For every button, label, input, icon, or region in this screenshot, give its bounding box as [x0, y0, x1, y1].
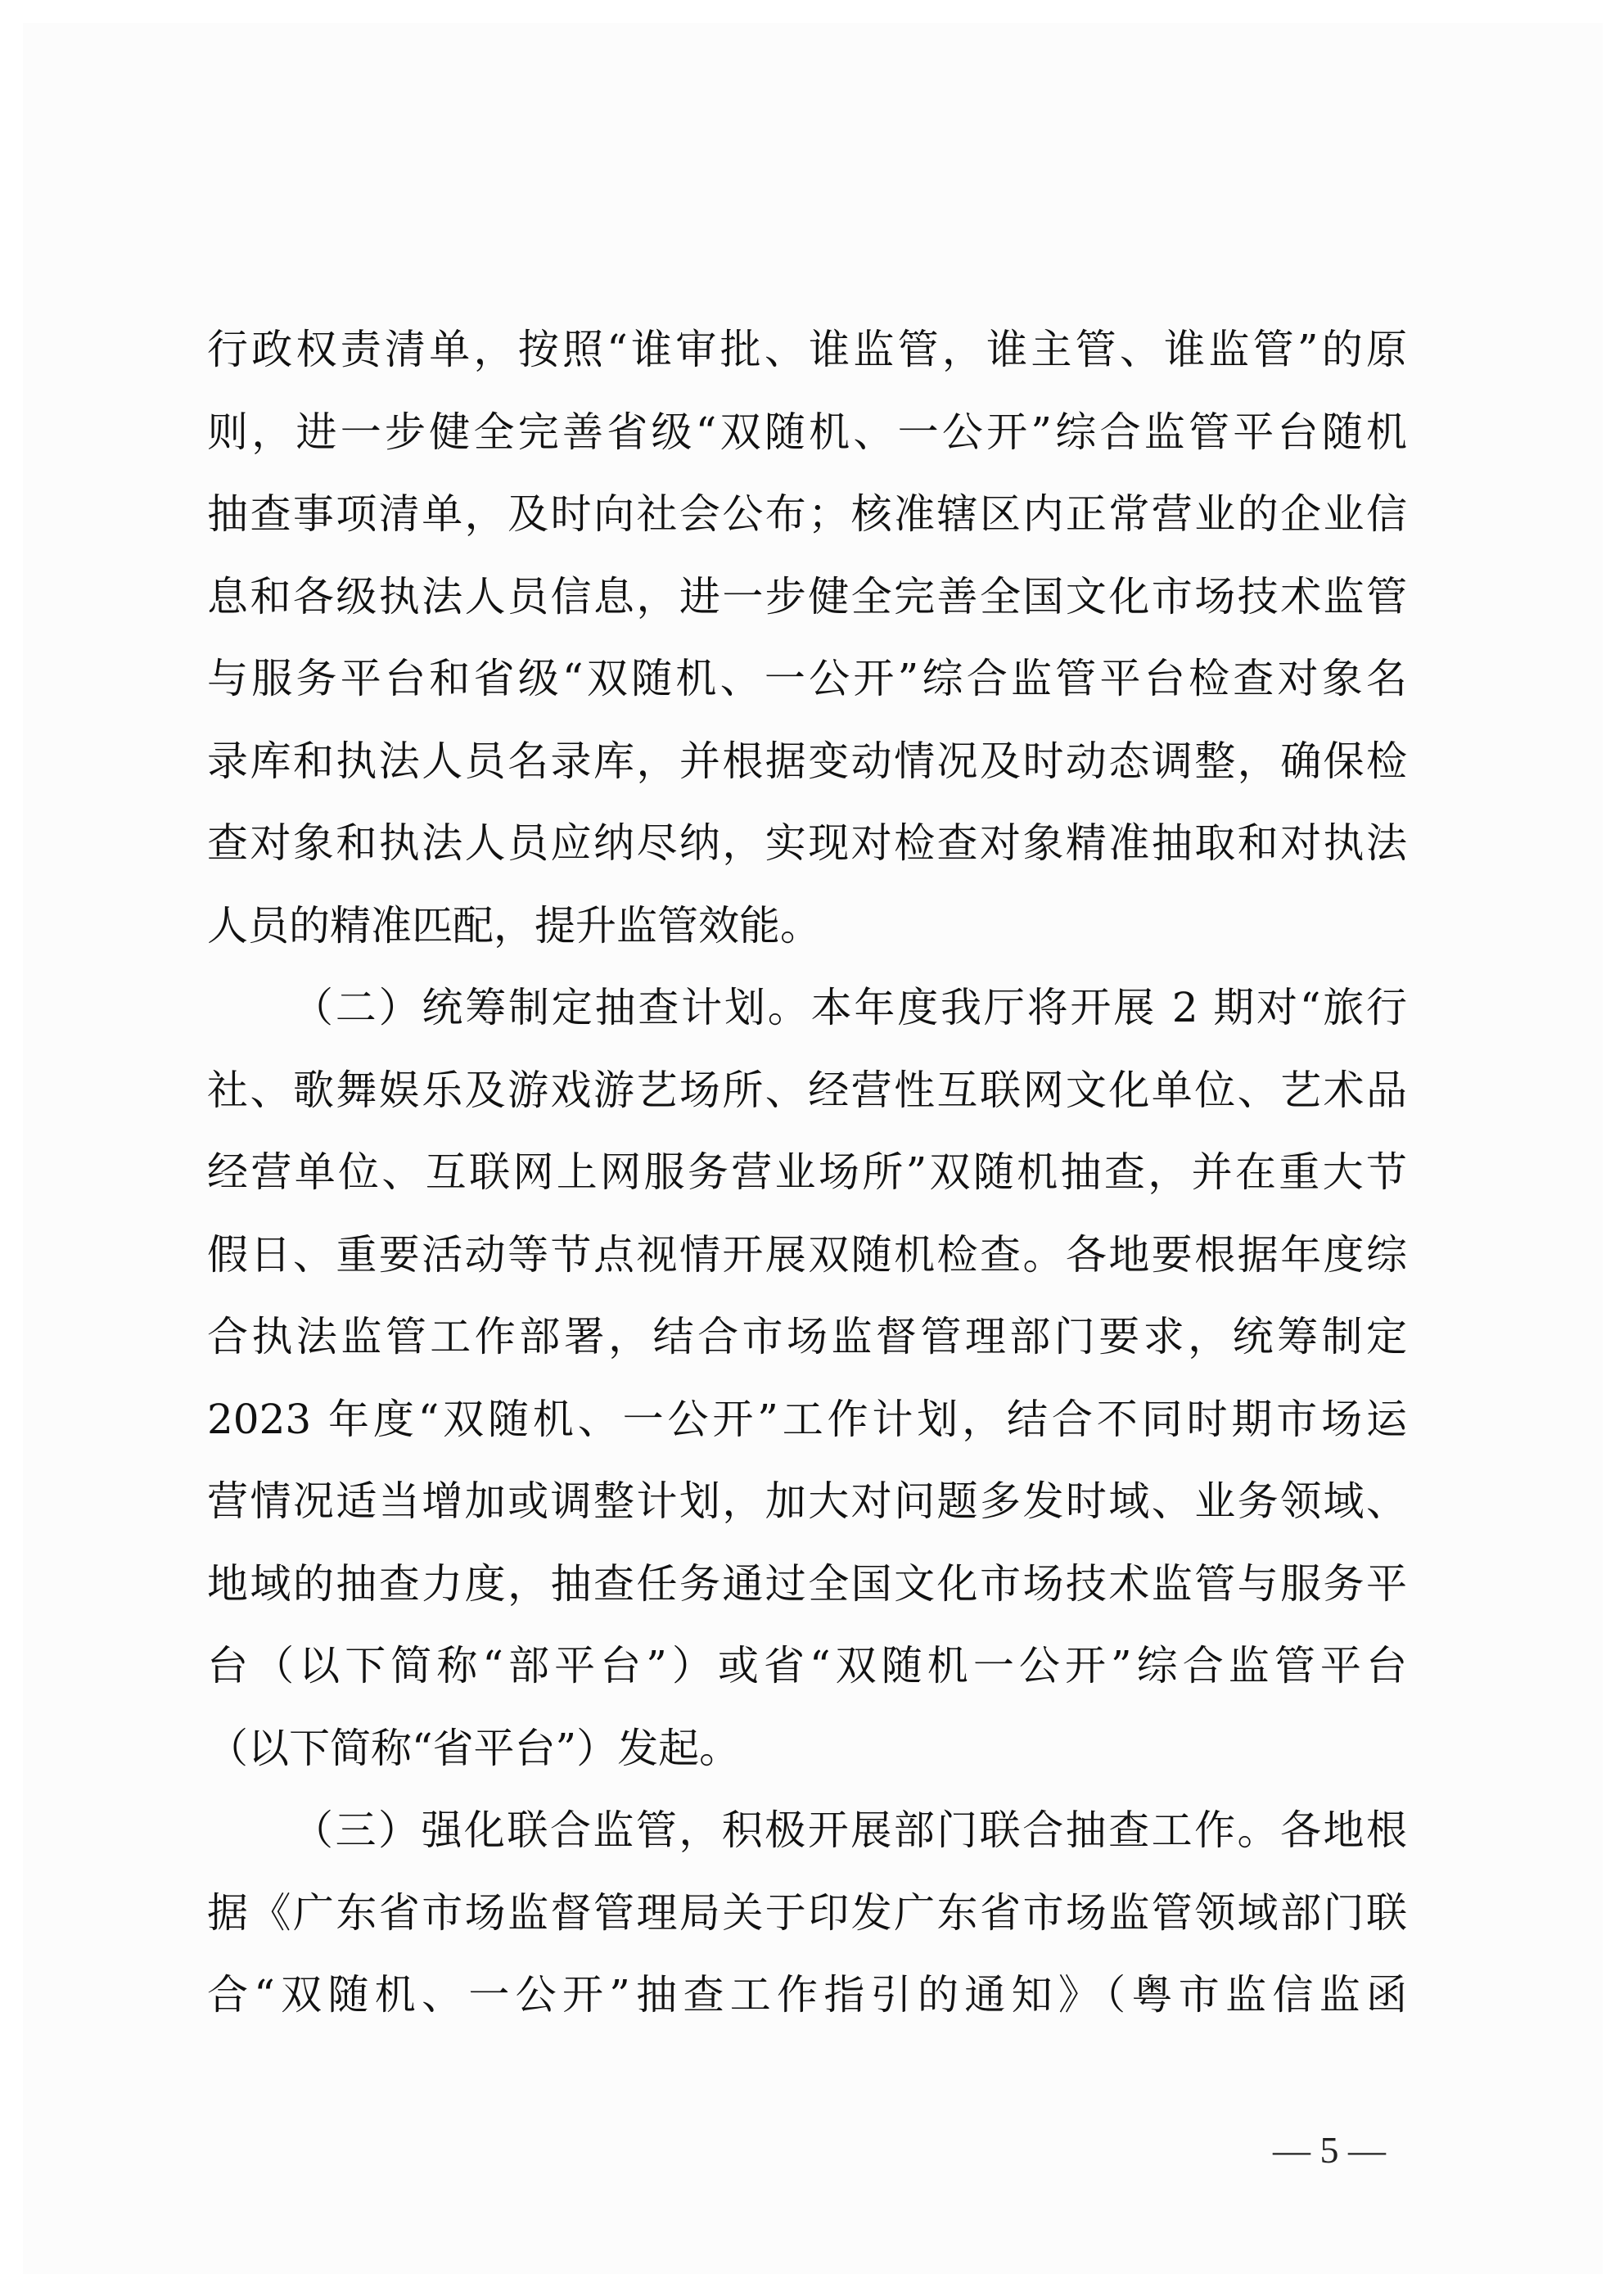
text-line: 2023 年度“双随机、一公开”工作计划，结合不同时期市场运 [207, 1378, 1407, 1461]
text-line: 则，进一步健全完善省级“双随机、一公开”综合监管平台随机 [207, 391, 1407, 474]
text-line: 录库和执法人员名录库，并根据变动情况及时动态调整，确保检 [207, 720, 1407, 803]
text-line: 合“双随机、一公开”抽查工作指引的通知》（粤市监信监函 [207, 1954, 1407, 2037]
document-body: 行政权责清单，按照“谁审批、谁监管，谁主管、谁监管”的原 则，进一步健全完善省级… [207, 309, 1407, 2037]
text-line: 行政权责清单，按照“谁审批、谁监管，谁主管、谁监管”的原 [207, 309, 1407, 391]
text-line: 台（以下简称“部平台”）或省“双随机一公开”综合监管平台 [207, 1625, 1407, 1707]
text-line: （以下简称“省平台”）发起。 [207, 1707, 1407, 1790]
section-text: 各地根 [1280, 1807, 1407, 1854]
text-line: 地域的抽查力度，抽查任务通过全国文化市场技术监管与服务平 [207, 1543, 1407, 1626]
text-line: 查对象和执法人员应纳尽纳，实现对检查对象精准抽取和对执法 [207, 802, 1407, 885]
text-line: 人员的精准匹配，提升监管效能。 [207, 885, 1407, 968]
section-text: 本年度我厅将开展 2 期对“旅行 [811, 984, 1407, 1031]
section-heading: （二）统筹制定抽查计划。 [292, 984, 811, 1031]
text-line: 假日、重要活动等节点视情开展双随机检查。各地要根据年度综 [207, 1214, 1407, 1297]
section-3-first-line: （三）强化联合监管，积极开展部门联合抽查工作。各地根 [207, 1789, 1407, 1872]
text-line: 经营单位、互联网上网服务营业场所”双随机抽查，并在重大节 [207, 1131, 1407, 1214]
page-number: — 5 — [1273, 2128, 1386, 2172]
text-line: 息和各级执法人员信息，进一步健全完善全国文化市场技术监管 [207, 556, 1407, 638]
section-2-first-line: （二）统筹制定抽查计划。本年度我厅将开展 2 期对“旅行 [207, 967, 1407, 1049]
text-line: 据《广东省市场监督管理局关于印发广东省市场监管领域部门联 [207, 1872, 1407, 1955]
text-line: 与服务平台和省级“双随机、一公开”综合监管平台检查对象名 [207, 638, 1407, 720]
section-heading: （三）强化联合监管，积极开展部门联合抽查工作。 [292, 1807, 1280, 1854]
text-line: 抽查事项清单，及时向社会公布；核准辖区内正常营业的企业信 [207, 473, 1407, 556]
text-line: 合执法监管工作部署，结合市场监督管理部门要求，统筹制定 [207, 1296, 1407, 1378]
text-line: 营情况适当增加或调整计划，加大对问题多发时域、业务领域、 [207, 1460, 1407, 1543]
text-line: 社、歌舞娱乐及游戏游艺场所、经营性互联网文化单位、艺术品 [207, 1049, 1407, 1132]
